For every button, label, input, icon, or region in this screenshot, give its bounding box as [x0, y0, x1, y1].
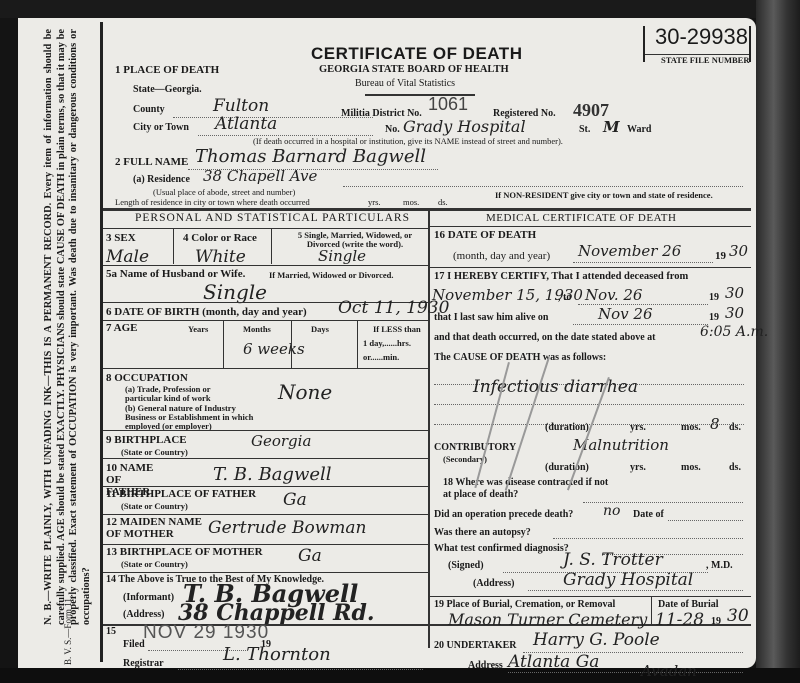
autopsy-label: Was there an autopsy? — [434, 527, 531, 538]
state-label: State—Georgia. — [133, 84, 202, 95]
contributory-label: CONTRIBUTORY — [434, 442, 516, 453]
occupation-a-label: (a) Trade, Profession or particular kind… — [125, 385, 235, 403]
physician-address-value[interactable]: Grady Hospital — [563, 570, 693, 590]
spouse-hint: If Married, Widowed or Divorced. — [269, 270, 394, 280]
to-label: , to — [558, 292, 571, 303]
undertaker-address-value[interactable]: Atlanta Ga — [508, 652, 599, 672]
test-label: What test confirmed diagnosis? — [434, 543, 569, 554]
side-instructions: N. B.—WRITE PLAINLY, WITH UNFADING INK—T… — [20, 40, 100, 640]
rule-6 — [103, 430, 428, 431]
registrar-signature[interactable]: L. Thornton — [223, 644, 331, 665]
book-spine — [756, 0, 800, 683]
age-value[interactable]: 6 weeks — [243, 340, 305, 358]
residence-hint: (Usual place of abode, street and number… — [153, 187, 295, 197]
certify-label: 17 I HEREBY CERTIFY, That I attended dec… — [434, 271, 688, 282]
md-label: , M.D. — [706, 560, 733, 571]
date-of-label: Date of — [633, 509, 664, 520]
physician-address-line — [528, 590, 743, 591]
duration-mos-2: mos. — [681, 462, 701, 473]
rule-1 — [103, 228, 428, 229]
rule-7 — [103, 458, 428, 459]
certificate-title: CERTIFICATE OF DEATH — [311, 44, 522, 64]
birthplace-hint: (State or Country) — [121, 447, 188, 457]
burial-date-value[interactable]: 11-28 — [655, 610, 704, 630]
burial-place-value[interactable]: Mason Turner Cemetery — [448, 610, 647, 629]
state-file-box: 30-29938 STATE FILE NUMBER — [643, 26, 751, 62]
last-saw-label: that I last saw him alive on — [434, 312, 548, 323]
date-of-death-label: 16 DATE OF DEATH — [434, 229, 536, 241]
state-file-label: STATE FILE NUMBER — [661, 55, 749, 65]
age-label: 7 AGE — [106, 322, 137, 334]
registrar-label: Registrar — [123, 658, 164, 669]
occupation-b-label: (b) General nature of Industry Business … — [125, 404, 255, 431]
state-file-number: 30-29938 — [655, 24, 748, 50]
form-number: B. V. S.—Form 11. — [63, 69, 73, 665]
date-of-line — [668, 520, 743, 521]
dod-line — [573, 262, 713, 263]
rule-4 — [103, 320, 428, 321]
section-divider — [103, 208, 751, 211]
physician-address-label: (Address) — [473, 578, 514, 589]
rule-v5 — [357, 320, 358, 368]
length-yrs: yrs. — [368, 197, 381, 207]
duration-label: (duration) — [545, 422, 589, 433]
mother-birthplace-hint: (State or Country) — [121, 559, 188, 569]
rule-v4 — [291, 320, 292, 368]
death-occurred-label: and that death occurred, on the date sta… — [434, 332, 655, 343]
nonresident-hint: If NON-RESIDENT give city or town and st… — [495, 190, 713, 200]
attended-to-value[interactable]: Nov. 26 — [585, 286, 642, 304]
full-name-label: 2 FULL NAME — [115, 156, 188, 168]
birthplace-value[interactable]: Georgia — [251, 432, 311, 450]
med-rule-1 — [430, 226, 751, 227]
min-label: or......min. — [363, 352, 399, 362]
duration-yrs: yrs. — [630, 422, 646, 433]
cause-line-2 — [434, 404, 744, 405]
no-label: No. — [385, 124, 400, 135]
rule-v3 — [223, 320, 224, 368]
father-birthplace-label: 11 BIRTHPLACE OF FATHER — [106, 488, 256, 500]
medical-heading: MEDICAL CERTIFICATE OF DEATH — [486, 212, 676, 224]
sex-label: 3 SEX — [106, 232, 136, 244]
burial-place-label: 19 Place of Burial, Cremation, or Remova… — [434, 599, 615, 610]
rule-5 — [103, 368, 428, 369]
duration-ds: ds. — [729, 422, 741, 433]
rule-10 — [103, 544, 428, 545]
institution-hint: (If death occurred in a hospital or inst… — [253, 136, 563, 146]
burial-divider — [651, 596, 652, 626]
time-of-death-value[interactable]: 6:05 A.m. — [700, 324, 768, 340]
city-value[interactable]: Atlanta — [215, 114, 277, 134]
mother-value[interactable]: Gertrude Bowman — [208, 518, 367, 538]
less-than-label: If LESS than — [373, 324, 421, 334]
hrs-label: 1 day,......hrs. — [363, 338, 411, 348]
county-value[interactable]: Fulton — [213, 96, 269, 116]
board-name: GEORGIA STATE BOARD OF HEALTH — [319, 64, 509, 75]
institution-value[interactable]: Grady Hospital — [403, 117, 526, 136]
undertaker-value[interactable]: Harry G. Poole — [533, 630, 660, 650]
sex-value[interactable]: Male — [106, 247, 149, 267]
length-ds: ds. — [438, 197, 448, 207]
column-divider — [428, 208, 430, 648]
cause-value[interactable]: Infectious diarrhea — [473, 377, 638, 397]
father-birthplace-hint: (State or Country) — [121, 501, 188, 511]
autopsy-line — [553, 538, 743, 539]
years-label: Years — [188, 324, 208, 334]
nonresident-line — [343, 186, 743, 187]
dob-label: 6 DATE OF BIRTH (month, day and year) — [106, 306, 307, 318]
undertaker-note: Avadan — [641, 662, 697, 680]
last-saw-year-value[interactable]: 30 — [725, 304, 744, 322]
birthplace-label: 9 BIRTHPLACE — [106, 434, 187, 446]
burial-year-prefix: 19 — [711, 616, 721, 627]
last-saw-value[interactable]: Nov 26 — [598, 305, 653, 323]
signed-label: (Signed) — [448, 560, 484, 571]
date-of-death-value[interactable]: November 26 — [578, 242, 681, 260]
place-of-death-label: 1 PLACE OF DEATH — [115, 64, 219, 76]
days-label: Days — [311, 324, 329, 334]
burial-year-value[interactable]: 30 — [727, 606, 749, 626]
burial-date-label: Date of Burial — [658, 599, 719, 610]
occupation-label: 8 OCCUPATION — [106, 372, 188, 384]
informant-address-label: (Address) — [123, 609, 164, 620]
personal-heading: PERSONAL AND STATISTICAL PARTICULARS — [135, 212, 410, 224]
militia-district-value[interactable]: 1061 — [428, 94, 468, 115]
med-rule-2 — [430, 267, 751, 268]
cause-duration-days[interactable]: 8 — [710, 415, 720, 433]
to-year-value[interactable]: 30 — [725, 284, 744, 302]
filed-stamp: NOV 29 1930 — [143, 622, 269, 644]
operation-label: Did an operation precede death? — [434, 509, 573, 520]
med-rule-3 — [430, 596, 751, 597]
bureau-name: Bureau of Vital Statistics — [355, 78, 455, 89]
race-label: 4 Color or Race — [183, 232, 257, 244]
length-mos: mos. — [403, 197, 419, 207]
residence-value[interactable]: 38 Chapell Ave — [203, 167, 317, 185]
spouse-value[interactable]: Single — [203, 280, 267, 304]
ward-value[interactable]: M — [603, 118, 620, 136]
mother-birthplace-value[interactable]: Ga — [298, 546, 322, 566]
mother-label: 12 MAIDEN NAME OF MOTHER — [106, 516, 206, 540]
undertaker-address-line — [508, 672, 743, 673]
cause-label: The CAUSE OF DEATH was as follows: — [434, 352, 606, 363]
filed-label: Filed — [123, 639, 145, 650]
occupation-value[interactable]: None — [278, 380, 332, 404]
father-value[interactable]: T. B. Bagwell — [213, 464, 332, 485]
duration-yrs-2: yrs. — [630, 462, 646, 473]
to-year-prefix: 19 — [709, 292, 719, 303]
st-label: St. — [579, 124, 590, 135]
physician-signature[interactable]: J. S. Trotter — [563, 550, 663, 570]
duration-label-2: (duration) — [545, 462, 589, 473]
undertaker-label: 20 UNDERTAKER — [434, 640, 517, 651]
last-saw-year-prefix: 19 — [709, 312, 719, 323]
rule-v1 — [173, 228, 174, 264]
rule-2 — [103, 265, 428, 266]
dod-year-value[interactable]: 30 — [729, 242, 748, 260]
undertaker-address-label: Address — [468, 660, 503, 671]
residence-label: (a) Residence — [133, 174, 190, 185]
last-saw-line — [573, 324, 708, 325]
rule-v2 — [271, 228, 272, 264]
mother-birthplace-label: 13 BIRTHPLACE OF MOTHER — [106, 546, 263, 558]
duration-mos: mos. — [681, 422, 701, 433]
rule-8 — [103, 486, 428, 487]
dod-year-prefix: 19 — [715, 250, 726, 262]
ward-label: Ward — [627, 124, 651, 135]
full-name-value[interactable]: Thomas Barnard Bagwell — [195, 146, 426, 167]
race-value[interactable]: White — [195, 247, 246, 267]
length-of-residence-label: Length of residence in city or town wher… — [115, 197, 310, 207]
county-label: County — [133, 104, 165, 115]
marital-value[interactable]: Single — [318, 247, 366, 265]
operation-value[interactable]: no — [603, 503, 620, 519]
rule-9 — [103, 514, 428, 515]
months-label: Months — [243, 324, 271, 334]
rule-11 — [103, 572, 428, 573]
contracted-label: 18 Where was disease contracted if not a… — [443, 477, 613, 501]
city-label: City or Town — [133, 122, 189, 133]
father-birthplace-value[interactable]: Ga — [283, 490, 307, 510]
registrar-line — [178, 669, 423, 670]
certificate-frame: CERTIFICATE OF DEATH GEORGIA STATE BOARD… — [100, 22, 753, 662]
duration-ds-2: ds. — [729, 462, 741, 473]
filed-number: 15 — [106, 626, 116, 637]
informant-label: (Informant) — [123, 592, 174, 603]
date-of-death-hint: (month, day and year) — [453, 250, 550, 262]
scan-border-top — [0, 0, 800, 18]
spouse-label: 5a Name of Husband or Wife. — [106, 268, 245, 280]
